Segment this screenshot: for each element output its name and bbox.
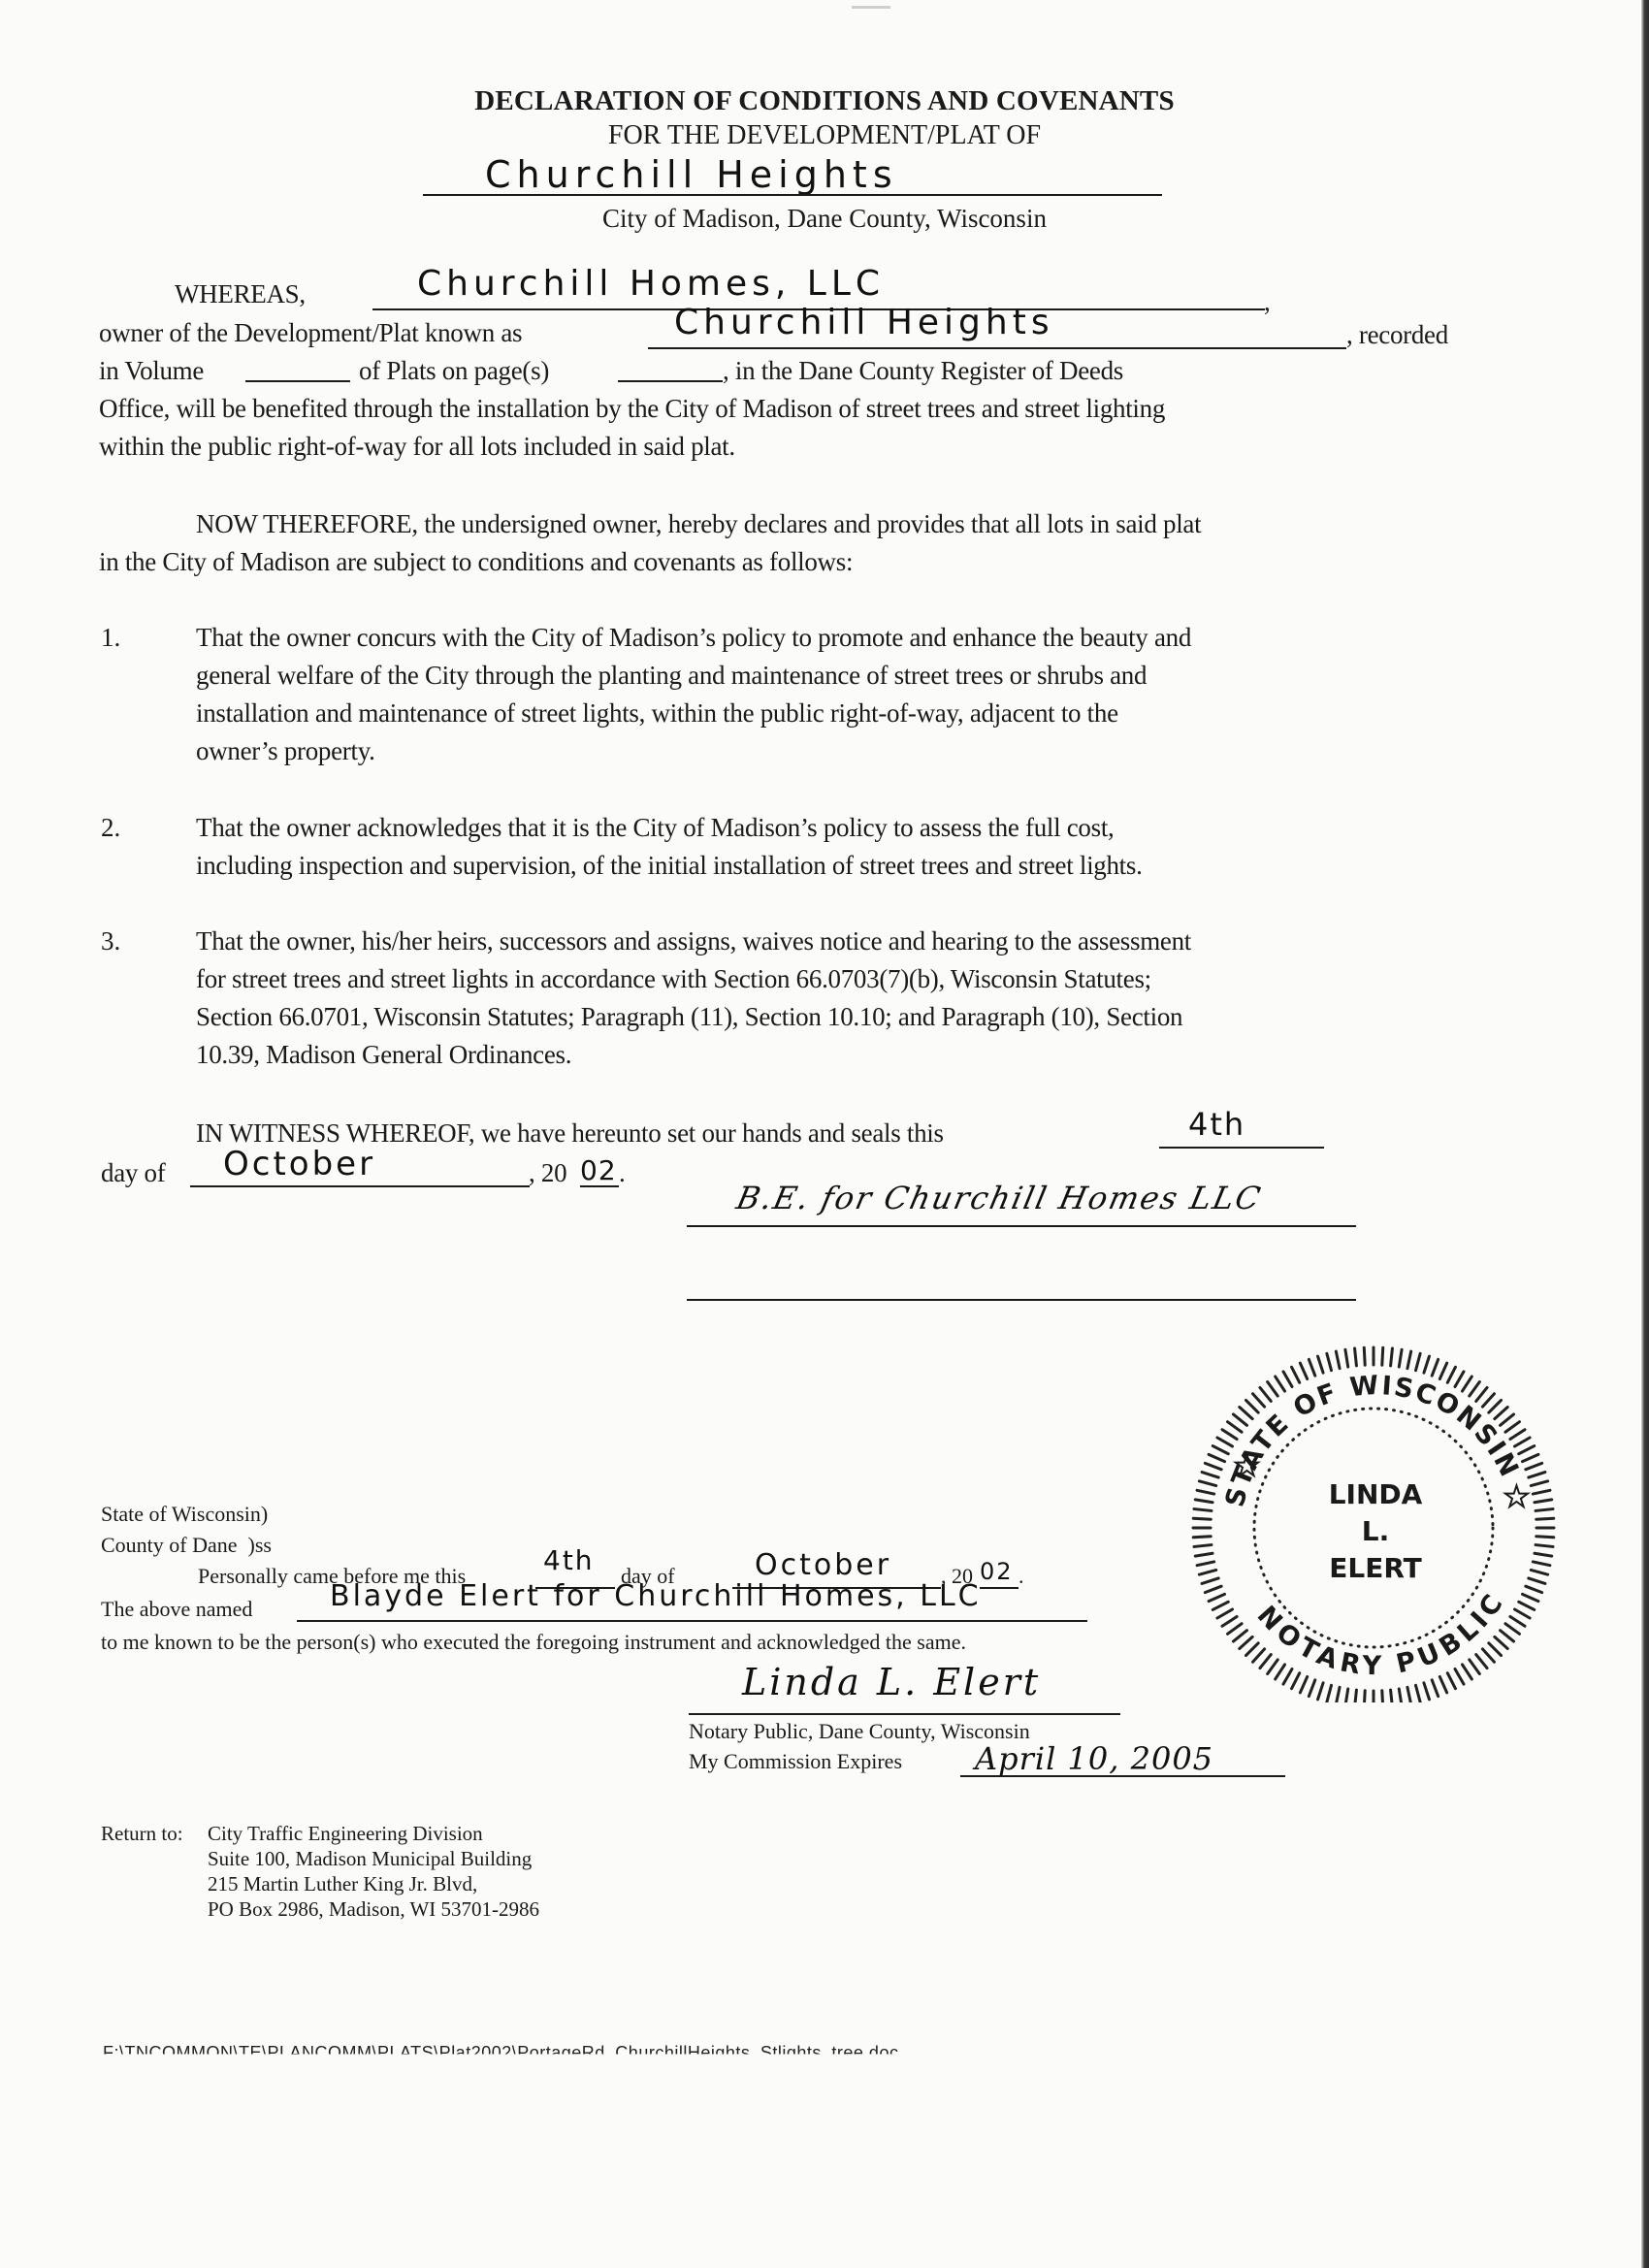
star-icon: ★ (1503, 1480, 1530, 1514)
document-subtitle: FOR THE DEVELOPMENT/PLAT OF (0, 120, 1649, 151)
whereas-line3-b: of Plats on page(s) (359, 356, 549, 386)
item-3-line: Section 66.0701, Wisconsin Statutes; Par… (196, 1002, 1182, 1032)
item-3-line: That the owner, his/her heirs, successor… (196, 926, 1191, 956)
item-3-number: 3. (101, 926, 120, 956)
return-to-line: Suite 100, Madison Municipal Building (208, 1846, 532, 1871)
witness-year-prefix: , 20 (529, 1158, 566, 1188)
plat-name-underline (423, 194, 1162, 196)
notary-month-handwritten: October (755, 1548, 891, 1582)
witness-year-end: . (619, 1158, 625, 1188)
second-signature-line[interactable] (687, 1299, 1356, 1301)
notary-county: County of Dane )ss (101, 1533, 272, 1558)
item-3-line: for street trees and street lights in ac… (196, 964, 1151, 994)
seal-name-line2: L. (1362, 1515, 1389, 1547)
footer-file-path: F:\TNCOMMON\TE\PLANCOMM\PLATS\Plat2002\P… (103, 2043, 898, 2063)
seal-name-line1: LINDA (1329, 1478, 1423, 1510)
commission-expires-handwritten: April 10, 2005 (975, 1740, 1213, 1777)
owner-name-handwritten: Churchill Homes, LLC (417, 264, 885, 304)
item-1-line: installation and maintenance of street l… (196, 698, 1118, 729)
whereas-line2-suffix: , recorded (1346, 320, 1448, 350)
whereas-label: WHEREAS, (175, 279, 306, 309)
notary-above-named-underline (297, 1620, 1087, 1622)
star-icon: ★ (1234, 1449, 1260, 1483)
notary-known-line: to me known to be the person(s) who exec… (101, 1630, 966, 1655)
witness-day-handwritten: 4th (1188, 1106, 1245, 1143)
item-2-line: including inspection and supervision, of… (196, 851, 1143, 881)
whereas-line4: Office, will be benefited through the in… (99, 394, 1165, 424)
return-to-line: City Traffic Engineering Division (208, 1821, 483, 1846)
whereas-line5: within the public right-of-way for all l… (99, 432, 735, 462)
witness-month-handwritten: October (223, 1145, 375, 1183)
item-2-line: That the owner acknowledges that it is t… (196, 813, 1114, 843)
notary-signature-line (689, 1713, 1120, 1715)
commission-label: My Commission Expires (689, 1749, 902, 1774)
seal-name-line3: ELERT (1329, 1552, 1422, 1584)
notary-seal: STATE OF WISCONSIN NOTARY PUBLIC LINDA L… (1183, 1344, 1562, 1702)
return-to-line: 215 Martin Luther King Jr. Blvd, (208, 1871, 477, 1896)
volume-field[interactable] (245, 380, 350, 382)
item-1-line: general welfare of the City through the … (196, 661, 1147, 691)
now-therefore-line1: NOW THEREFORE, the undersigned owner, he… (196, 509, 1201, 539)
notary-state: State of Wisconsin) (101, 1502, 268, 1527)
plat-name-underline-2 (648, 347, 1346, 349)
owner-signature: B.E. for Churchill Homes LLC (733, 1180, 1265, 1216)
owner-trailing-comma: , (1264, 287, 1270, 317)
now-therefore-line2: in the City of Madison are subject to co… (99, 547, 853, 577)
item-1-line: owner’s property. (196, 736, 375, 766)
notary-day-handwritten: 4th (543, 1544, 595, 1576)
item-2-number: 2. (101, 813, 120, 843)
notary-year-end: . (1018, 1564, 1024, 1589)
plat-name-handwritten-2: Churchill Heights (674, 303, 1054, 342)
notary-year-underline (980, 1587, 1018, 1589)
witness-month-underline (190, 1185, 530, 1187)
return-to-label: Return to: (101, 1821, 183, 1846)
document-location: City of Madison, Dane County, Wisconsin (0, 204, 1649, 234)
scanner-edge (1641, 0, 1649, 2268)
witness-day-of-label: day of (101, 1158, 165, 1188)
notary-above-named-label: The above named (101, 1597, 252, 1622)
document-title: DECLARATION OF CONDITIONS AND COVENANTS (0, 85, 1649, 117)
pages-field[interactable] (618, 380, 723, 382)
notary-above-named-handwritten: Blayde Elert for Churchill Homes, LLC (330, 1579, 982, 1613)
whereas-line3-a: in Volume (99, 356, 204, 386)
document-page: DECLARATION OF CONDITIONS AND COVENANTS … (0, 0, 1649, 2268)
plat-name-handwritten: Churchill Heights (485, 153, 898, 196)
whereas-line3-c: , in the Dane County Register of Deeds (723, 356, 1123, 386)
scan-artifact (852, 6, 890, 9)
item-1-number: 1. (101, 623, 120, 653)
item-1-line: That the owner concurs with the City of … (196, 623, 1191, 653)
witness-year-handwritten: 02 (580, 1154, 617, 1186)
notary-signature: Linda L. Elert (742, 1661, 1041, 1703)
seal-bottom-text: NOTARY PUBLIC (1251, 1588, 1510, 1681)
item-3-line: 10.39, Madison General Ordinances. (196, 1040, 571, 1070)
witness-year-underline (580, 1185, 619, 1187)
witness-day-underline (1159, 1147, 1324, 1149)
owner-signature-line (687, 1225, 1356, 1227)
commission-underline (960, 1775, 1285, 1777)
return-to-line: PO Box 2986, Madison, WI 53701-2986 (208, 1896, 539, 1922)
whereas-line2-prefix: owner of the Development/Plat known as (99, 318, 522, 348)
notary-year-handwritten: 02 (980, 1558, 1014, 1585)
